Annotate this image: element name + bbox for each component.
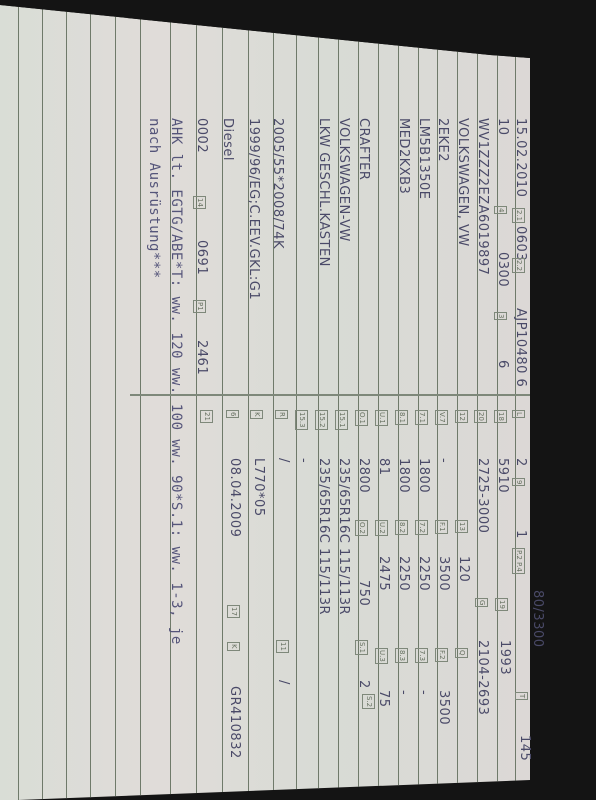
field-code: 21 xyxy=(200,410,213,423)
field-code: 7.2 xyxy=(415,520,428,535)
field-code: S.2 xyxy=(362,694,375,709)
field-R-value: / xyxy=(276,458,291,463)
field-code: O.2 xyxy=(355,520,368,536)
field-G-value: 2104-2693 xyxy=(475,640,490,715)
field-U2-value: 2475 xyxy=(376,556,391,591)
displacement-value: 2461 xyxy=(194,340,209,375)
field-code: 4 xyxy=(494,206,507,214)
field-code: 18 xyxy=(494,410,507,423)
field-code: F.1 xyxy=(435,520,448,534)
vin-value: WV1ZZZ2EZA6019897 xyxy=(475,118,490,275)
field-8-3-value: - xyxy=(396,690,411,695)
field-7-1-value: 1800 xyxy=(416,458,431,493)
field-O2-value: 750 xyxy=(356,580,371,606)
field-14-1-value: 0002 xyxy=(194,118,209,153)
version-value: MED2KXB3 xyxy=(396,118,411,194)
body-type-value: LKW GESCHL.KASTEN xyxy=(316,118,331,267)
field-code: V.7 xyxy=(435,410,448,425)
field-code: 14 xyxy=(193,196,206,209)
field-3-value: 6 xyxy=(495,360,510,369)
field-code: S.1 xyxy=(355,640,368,655)
field-code: F.2 xyxy=(435,648,448,662)
field-code: 6 xyxy=(226,410,239,418)
field-2-1-value: 0603 xyxy=(513,226,528,261)
field-p1-pre-value: 0691 xyxy=(194,240,209,275)
field-code: 8.2 xyxy=(395,520,408,535)
field-F2-value: 3500 xyxy=(436,690,451,725)
field-code: P1 xyxy=(193,300,206,313)
length-value: 5910 xyxy=(495,458,510,493)
field-code: 2.1 xyxy=(512,208,525,223)
field-code: 19 xyxy=(495,598,508,611)
field-K-value: L770*05 xyxy=(251,458,266,517)
field-code: 8.1 xyxy=(395,410,408,425)
field-code: 3 xyxy=(494,312,507,320)
field-code: 20 xyxy=(474,410,487,423)
field-15-3-value: - xyxy=(296,458,311,463)
field-7-2-value: 2250 xyxy=(416,556,431,591)
brand-value: VOLKSWAGEN-VW xyxy=(336,118,351,242)
field-code: 2.2 xyxy=(512,258,525,273)
field-code: G xyxy=(475,598,488,607)
field-code: 15.2 xyxy=(315,410,328,430)
field-code: 12 xyxy=(455,410,468,423)
field-8-2-value: 2250 xyxy=(396,556,411,591)
field-code: 7.3 xyxy=(415,648,428,663)
field-code: 13 xyxy=(455,520,468,533)
field-code: 15.3 xyxy=(295,410,308,430)
field-code: 11 xyxy=(276,640,289,653)
field-L-value: 2 xyxy=(513,458,528,467)
field-11-value: / xyxy=(276,680,291,685)
field-code: 7.1 xyxy=(415,410,428,425)
field-code: K xyxy=(250,410,263,419)
first-registration-date: 15.02.2010 xyxy=(513,118,528,197)
field-8-1-value: 1800 xyxy=(396,458,411,493)
field-19-value: 1993 xyxy=(497,640,512,675)
field-code: 15.1 xyxy=(335,410,348,430)
field-code: U.2 xyxy=(375,520,388,536)
field-code: U.3 xyxy=(375,648,388,664)
remarks-line-1: AHK lt. EGTG/ABE*T: ww. 120 ww. 100 ww. … xyxy=(168,118,184,645)
field-code: L xyxy=(512,410,525,418)
variant-value: LM5B1350E xyxy=(416,118,431,199)
eu-directive-value: 1999/96/EG;C.EEV.GKL:G1 xyxy=(246,118,261,300)
field-7-3-value: - xyxy=(416,690,431,695)
field-code: K xyxy=(227,642,240,651)
field-2-2-value: AJP10480 6 xyxy=(513,308,528,387)
registration-document-photo: 15.02.2010 2.1 0603 2.2 AJP10480 6 10 4 … xyxy=(0,0,596,800)
field-F1-value: 3500 xyxy=(436,556,451,591)
field-12-value: 120 xyxy=(456,556,471,582)
emission-class-value: 2005/55*2008/74K xyxy=(270,118,285,249)
field-code: U.1 xyxy=(375,410,388,426)
field-code: 8.3 xyxy=(395,648,408,663)
tyre-15-1-value: 235/65R16C 115/113R xyxy=(336,458,351,615)
field-p2-p4-value: 80/3300 xyxy=(530,590,545,648)
field-code: P.2 P.4 xyxy=(512,548,525,574)
page-fold-line xyxy=(130,394,530,396)
field-U3-value: 75 xyxy=(376,690,391,708)
type-value: 2EKE2 xyxy=(435,118,450,162)
field-K2-value: GR410832 xyxy=(227,686,242,759)
fuel-value: Diesel xyxy=(220,118,235,161)
field-T-value: 145 xyxy=(517,735,532,761)
field-code: R xyxy=(275,410,288,419)
field-code: O.1 xyxy=(355,410,368,426)
manufacturer-value: VOLKSWAGEN, VW xyxy=(455,118,470,247)
field-20-value: 2725-3000 xyxy=(475,458,490,533)
model-value: CRAFTER xyxy=(356,118,371,180)
field-10-value: 10 xyxy=(495,118,510,136)
field-code: T xyxy=(515,692,528,700)
field-code: 9 xyxy=(512,478,525,486)
field-14-value: 0300 xyxy=(495,252,510,287)
field-9-value: 1 xyxy=(513,530,528,539)
field-code: Q xyxy=(455,648,468,658)
field-code: 17 xyxy=(227,605,240,618)
field-S1-value: 2 xyxy=(356,680,371,689)
field-U1-value: 81 xyxy=(376,458,391,476)
remarks-line-2: nach Ausrüstung*** xyxy=(146,118,162,279)
field-O1-value: 2800 xyxy=(356,458,371,493)
field-V7-value: - xyxy=(436,458,451,463)
field-6-value: 08.04.2009 xyxy=(227,458,242,537)
tyre-15-2-value: 235/65R16C 115/113R xyxy=(316,458,331,615)
